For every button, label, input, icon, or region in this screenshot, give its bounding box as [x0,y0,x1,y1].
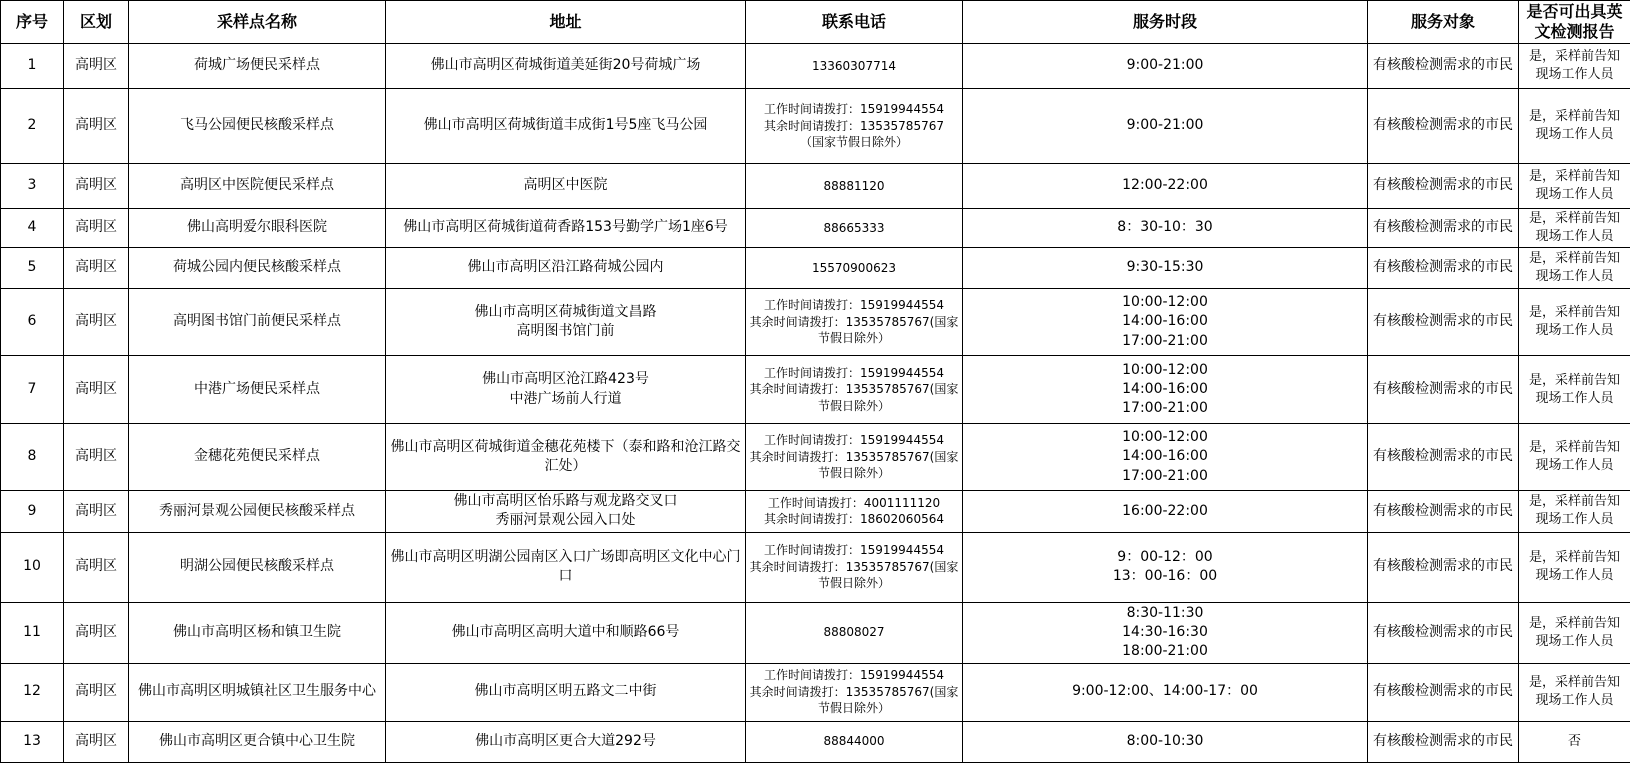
cell-seq: 13 [1,721,64,762]
cell-address: 佛山市高明区更合大道292号 [386,721,746,762]
cell-phone: 工作时间请拨打：15919944554 其余时间请拨打：13535785767(… [746,532,963,602]
column-header-phone: 联系电话 [746,1,963,44]
cell-target: 有核酸检测需求的市民 [1368,44,1519,89]
cell-name: 高明图书馆门前便民采样点 [129,289,386,356]
cell-district: 高明区 [64,663,129,721]
table-row: 5高明区荷城公园内便民核酸采样点佛山市高明区沿江路荷城公园内1557090062… [1,248,1630,289]
cell-district: 高明区 [64,289,129,356]
cell-district: 高明区 [64,44,129,89]
cell-report: 是，采样前告知 现场工作人员 [1519,532,1630,602]
table-row: 6高明区高明图书馆门前便民采样点佛山市高明区荷城街道文昌路 高明图书馆门前工作时… [1,289,1630,356]
column-header-name: 采样点名称 [129,1,386,44]
cell-seq: 2 [1,89,64,164]
cell-address: 佛山市高明区怡乐路与观龙路交叉口 秀丽河景观公园入口处 [386,491,746,533]
cell-hours: 12:00-22:00 [963,164,1368,209]
cell-district: 高明区 [64,209,129,248]
cell-report: 是，采样前告知 现场工作人员 [1519,248,1630,289]
cell-seq: 12 [1,663,64,721]
cell-report: 是，采样前告知 现场工作人员 [1519,602,1630,663]
cell-phone: 15570900623 [746,248,963,289]
cell-hours: 8:30-11:30 14:30-16:30 18:00-21:00 [963,602,1368,663]
cell-report: 是，采样前告知 现场工作人员 [1519,356,1630,424]
cell-district: 高明区 [64,721,129,762]
cell-district: 高明区 [64,491,129,533]
cell-report: 是，采样前告知 现场工作人员 [1519,424,1630,491]
column-header-hours: 服务时段 [963,1,1368,44]
table-row: 9高明区秀丽河景观公园便民核酸采样点佛山市高明区怡乐路与观龙路交叉口 秀丽河景观… [1,491,1630,533]
column-header-address: 地址 [386,1,746,44]
cell-hours: 10:00-12:00 14:00-16:00 17:00-21:00 [963,424,1368,491]
cell-address: 佛山市高明区沿江路荷城公园内 [386,248,746,289]
cell-phone: 88844000 [746,721,963,762]
cell-hours: 16:00-22:00 [963,491,1368,533]
table-row: 13高明区佛山市高明区更合镇中心卫生院佛山市高明区更合大道292号8884400… [1,721,1630,762]
cell-hours: 8：30-10：30 [963,209,1368,248]
cell-name: 高明区中医院便民采样点 [129,164,386,209]
header-row: 序号区划采样点名称地址联系电话服务时段服务对象是否可出具英文检测报告 [1,1,1630,44]
cell-seq: 11 [1,602,64,663]
cell-name: 明湖公园便民核酸采样点 [129,532,386,602]
cell-phone: 工作时间请拨打：15919944554 其余时间请拨打：13535785767(… [746,356,963,424]
cell-phone: 工作时间请拨打：15919944554 其余时间请拨打：13535785767(… [746,663,963,721]
cell-name: 金穗花苑便民采样点 [129,424,386,491]
cell-report: 是，采样前告知 现场工作人员 [1519,289,1630,356]
cell-hours: 9:00-21:00 [963,89,1368,164]
cell-phone: 13360307714 [746,44,963,89]
cell-target: 有核酸检测需求的市民 [1368,424,1519,491]
cell-district: 高明区 [64,424,129,491]
cell-seq: 1 [1,44,64,89]
cell-address: 佛山市高明区荷城街道荷香路153号勤学广场1座6号 [386,209,746,248]
cell-phone: 88881120 [746,164,963,209]
cell-district: 高明区 [64,532,129,602]
table-row: 3高明区高明区中医院便民采样点高明区中医院8888112012:00-22:00… [1,164,1630,209]
table-row: 11高明区佛山市高明区杨和镇卫生院佛山市高明区高明大道中和顺路66号888080… [1,602,1630,663]
cell-address: 佛山市高明区明湖公园南区入口广场即高明区文化中心门 口 [386,532,746,602]
cell-phone: 工作时间请拨打：15919944554 其余时间请拨打：13535785767(… [746,289,963,356]
cell-target: 有核酸检测需求的市民 [1368,209,1519,248]
sampling-points-table: 序号区划采样点名称地址联系电话服务时段服务对象是否可出具英文检测报告 1高明区荷… [0,0,1630,763]
cell-hours: 9:00-12:00、14:00-17：00 [963,663,1368,721]
cell-seq: 4 [1,209,64,248]
table-body: 1高明区荷城广场便民采样点佛山市高明区荷城街道美延街20号荷城广场1336030… [1,44,1630,763]
cell-name: 佛山市高明区更合镇中心卫生院 [129,721,386,762]
cell-phone: 工作时间请拨打：15919944554 其余时间请拨打：13535785767 … [746,89,963,164]
cell-hours: 9:00-21:00 [963,44,1368,89]
cell-hours: 9:30-15:30 [963,248,1368,289]
cell-seq: 6 [1,289,64,356]
cell-address: 高明区中医院 [386,164,746,209]
cell-report: 是，采样前告知 现场工作人员 [1519,209,1630,248]
cell-seq: 5 [1,248,64,289]
cell-target: 有核酸检测需求的市民 [1368,164,1519,209]
cell-phone: 工作时间请拨打：15919944554 其余时间请拨打：13535785767(… [746,424,963,491]
cell-report: 是，采样前告知 现场工作人员 [1519,663,1630,721]
cell-target: 有核酸检测需求的市民 [1368,721,1519,762]
column-header-district: 区划 [64,1,129,44]
cell-phone: 88665333 [746,209,963,248]
cell-target: 有核酸检测需求的市民 [1368,491,1519,533]
column-header-target: 服务对象 [1368,1,1519,44]
column-header-seq: 序号 [1,1,64,44]
cell-address: 佛山市高明区荷城街道美延街20号荷城广场 [386,44,746,89]
cell-name: 飞马公园便民核酸采样点 [129,89,386,164]
cell-target: 有核酸检测需求的市民 [1368,248,1519,289]
cell-report: 是，采样前告知 现场工作人员 [1519,44,1630,89]
cell-district: 高明区 [64,356,129,424]
cell-report: 否 [1519,721,1630,762]
cell-address: 佛山市高明区荷城街道文昌路 高明图书馆门前 [386,289,746,356]
cell-district: 高明区 [64,164,129,209]
column-header-report: 是否可出具英文检测报告 [1519,1,1630,44]
cell-name: 荷城广场便民采样点 [129,44,386,89]
cell-hours: 9：00-12：00 13：00-16：00 [963,532,1368,602]
cell-seq: 8 [1,424,64,491]
table-row: 4高明区佛山高明爱尔眼科医院佛山市高明区荷城街道荷香路153号勤学广场1座6号8… [1,209,1630,248]
cell-name: 秀丽河景观公园便民核酸采样点 [129,491,386,533]
cell-target: 有核酸检测需求的市民 [1368,532,1519,602]
cell-district: 高明区 [64,602,129,663]
table-row: 2高明区飞马公园便民核酸采样点佛山市高明区荷城街道丰成街1号5座飞马公园工作时间… [1,89,1630,164]
cell-target: 有核酸检测需求的市民 [1368,602,1519,663]
cell-target: 有核酸检测需求的市民 [1368,289,1519,356]
cell-hours: 8:00-10:30 [963,721,1368,762]
cell-name: 佛山高明爱尔眼科医院 [129,209,386,248]
table-row: 7高明区中港广场便民采样点佛山市高明区沧江路423号 中港广场前人行道工作时间请… [1,356,1630,424]
cell-seq: 9 [1,491,64,533]
cell-address: 佛山市高明区明五路文二中街 [386,663,746,721]
table-row: 10高明区明湖公园便民核酸采样点佛山市高明区明湖公园南区入口广场即高明区文化中心… [1,532,1630,602]
cell-name: 荷城公园内便民核酸采样点 [129,248,386,289]
table-row: 12高明区佛山市高明区明城镇社区卫生服务中心佛山市高明区明五路文二中街工作时间请… [1,663,1630,721]
cell-address: 佛山市高明区沧江路423号 中港广场前人行道 [386,356,746,424]
cell-address: 佛山市高明区高明大道中和顺路66号 [386,602,746,663]
cell-report: 是，采样前告知 现场工作人员 [1519,491,1630,533]
cell-seq: 10 [1,532,64,602]
cell-seq: 3 [1,164,64,209]
cell-phone: 88808027 [746,602,963,663]
cell-target: 有核酸检测需求的市民 [1368,663,1519,721]
cell-name: 佛山市高明区杨和镇卫生院 [129,602,386,663]
cell-name: 佛山市高明区明城镇社区卫生服务中心 [129,663,386,721]
cell-name: 中港广场便民采样点 [129,356,386,424]
cell-report: 是，采样前告知 现场工作人员 [1519,89,1630,164]
table-row: 1高明区荷城广场便民采样点佛山市高明区荷城街道美延街20号荷城广场1336030… [1,44,1630,89]
cell-target: 有核酸检测需求的市民 [1368,356,1519,424]
cell-hours: 10:00-12:00 14:00-16:00 17:00-21:00 [963,356,1368,424]
cell-target: 有核酸检测需求的市民 [1368,89,1519,164]
table-row: 8高明区金穗花苑便民采样点佛山市高明区荷城街道金穗花苑楼下（泰和路和沧江路交 汇… [1,424,1630,491]
cell-hours: 10:00-12:00 14:00-16:00 17:00-21:00 [963,289,1368,356]
cell-phone: 工作时间请拨打：4001111120 其余时间请拨打：18602060564 [746,491,963,533]
cell-district: 高明区 [64,248,129,289]
cell-address: 佛山市高明区荷城街道金穗花苑楼下（泰和路和沧江路交 汇处） [386,424,746,491]
cell-report: 是，采样前告知 现场工作人员 [1519,164,1630,209]
cell-district: 高明区 [64,89,129,164]
cell-seq: 7 [1,356,64,424]
cell-address: 佛山市高明区荷城街道丰成街1号5座飞马公园 [386,89,746,164]
